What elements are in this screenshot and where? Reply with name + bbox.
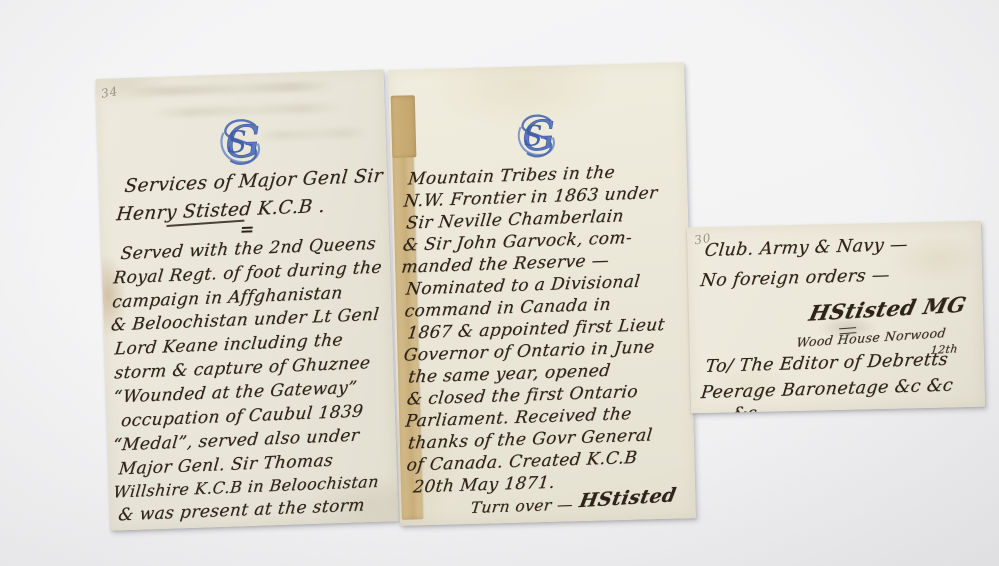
pencil-number: 34 [100,84,119,101]
handwriting-line: Services of Major Genl Sir [124,168,384,197]
handwriting-line: of Canada. Created K.C.B [406,450,638,475]
turn-over-note: Turn over — [470,498,574,517]
recipient-line: Peerage Baronetage &c &c [700,378,954,403]
blue-monogram-icon: G S [507,105,566,164]
signature: HStisted [578,486,678,511]
address-line: Wood House Norwood [796,327,947,349]
tape-strip [391,95,417,158]
handwriting-line: Lord Keane including the [114,332,344,358]
signature: HStisted MG [807,294,968,324]
svg-text:S: S [226,125,248,161]
divider-mark: = [239,222,255,240]
handwriting-line: No foreign orders — [699,267,890,290]
photograph-of-letters: 34 G S Services of Major Genl Sir Henry … [0,0,999,566]
svg-text:S: S [523,119,543,152]
recipient-line: To/ The Editor of Debretts [704,352,949,377]
letter-page-1: 34 G S Services of Major Genl Sir Henry … [96,69,399,530]
letter-page-2: G S Mountain Tribes in the N.W. Frontier… [388,62,696,526]
note-card: 30 Club. Army & Navy — No foreign orders… [687,221,985,414]
ink-bleedthrough [257,128,367,141]
handwriting-line: 20th May 1871. [412,475,556,497]
handwriting-line: Club. Army & Navy — [704,237,909,261]
cutoff-text-fragment: &c [733,402,793,412]
blue-monogram-icon: G S [209,109,273,173]
handwriting-line: Governor of Ontario in June [403,339,656,364]
handwriting-line: & was present at the storm [117,497,365,524]
ink-bleedthrough [126,81,336,97]
